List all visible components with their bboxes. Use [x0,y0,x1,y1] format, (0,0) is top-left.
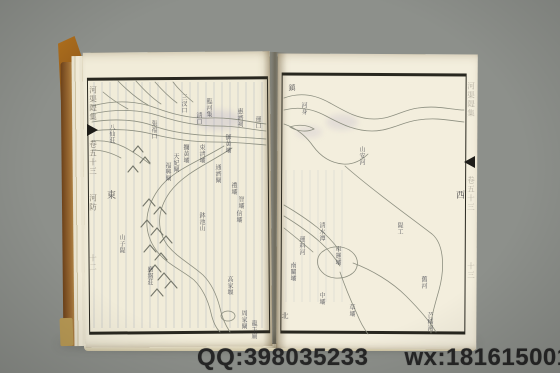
fishtail-marker-icon [87,124,98,136]
binding-tab [60,318,74,346]
watermark: QQ:398035233 wx:18161500127 [197,344,560,372]
watermark-wx: wx:18161500127 [404,344,560,372]
watermark-qq: QQ:398035233 [197,344,368,372]
photograph-of-open-atlas-book: 三汊口臨河集淸口惠濟祠運口張福口八仙莊御黃壩攔黃壩束淸壩天妃閘福興閘通濟閘禮壩智… [0,0,560,373]
left-page [83,51,273,348]
left-map-frame [87,76,270,335]
right-page [276,53,478,349]
right-map-frame [280,72,466,334]
fishtail-marker-icon [464,156,475,168]
